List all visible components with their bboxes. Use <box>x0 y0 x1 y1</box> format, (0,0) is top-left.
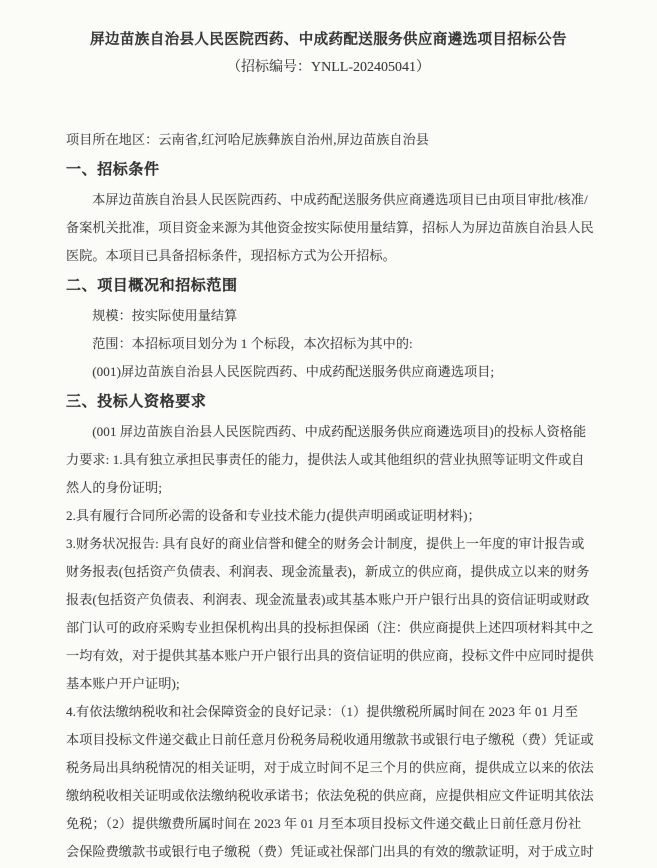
doc-line: 本项目投标文件递交截止日前任意月份税务局税收通用缴款书或银行电子缴税（费）凭证或 <box>66 726 591 754</box>
doc-line: (001 屏边苗族自治县人民医院西药、中成药配送服务供应商遴选项目)的投标人资格… <box>66 418 591 446</box>
doc-line: 基本账户开户证明); <box>66 670 591 698</box>
doc-line-requirement-2: 2.具有履行合同所必需的设备和专业技术能力(提供声明函或证明材料)； <box>66 502 591 530</box>
doc-line: 本屏边苗族自治县人民医院西药、中成药配送服务供应商遴选项目已由项目审批/核准/ <box>66 186 591 214</box>
doc-line: 报表(包括资产负债表、利润表、现金流量表)或其基本账户开户银行出具的资信证明或财… <box>66 586 591 614</box>
doc-line: 财务报表(包括资产负债表、利润表、现金流量表)，新成立的供应商，提供成立以来的财… <box>66 558 591 586</box>
doc-line: 医院。本项目已具备招标条件，现招标方式为公开招标。 <box>66 242 591 270</box>
doc-line-requirement-4: 4.有依法缴纳税收和社会保障资金的良好记录：（1）提供缴税所属时间在 2023 … <box>66 698 591 726</box>
tender-number-line: （招标编号：YNLL-202405041） <box>66 54 591 82</box>
doc-line: 然人的身份证明; <box>66 474 591 502</box>
doc-line: 力要求: 1.具有独立承担民事责任的能力，提供法人或其他组织的营业执照等证明文件… <box>66 446 591 474</box>
doc-line: 会保险费缴款书或银行电子缴税（费）凭证或社保部门出具的有效的缴款证明，对于成立时 <box>66 838 591 866</box>
heading-bidder-qualifications: 三、投标人资格要求 <box>66 388 591 416</box>
doc-line-requirement-3: 3.财务状况报告: 具有良好的商业信誉和健全的财务会计制度，提供上一年度的审计报… <box>66 530 591 558</box>
document-title: 屏边苗族自治县人民医院西药、中成药配送服务供应商遴选项目招标公告 <box>66 26 591 54</box>
doc-line: 一均有效，对于提供其基本账户开户银行出具的资信证明的供应商，投标文件中应同时提供 <box>66 642 591 670</box>
document-body: 项目所在地区：云南省,红河哈尼族彝族自治州,屏边苗族自治县 一、招标条件 本屏边… <box>66 126 591 866</box>
doc-line: 缴纳税收相关证明或依法缴纳税收承诺书；依法免税的供应商，应提供相应文件证明其依法 <box>66 782 591 810</box>
project-location-line: 项目所在地区：云南省,红河哈尼族彝族自治州,屏边苗族自治县 <box>66 126 591 154</box>
document-page: 屏边苗族自治县人民医院西药、中成药配送服务供应商遴选项目招标公告 （招标编号：Y… <box>0 0 657 868</box>
doc-line-scale: 规模：按实际使用量结算 <box>66 302 591 330</box>
doc-line-scope: 范围：本招标项目划分为 1 个标段，本次招标为其中的: <box>66 330 591 358</box>
doc-line-lot-001: (001)屏边苗族自治县人民医院西药、中成药配送服务供应商遴选项目; <box>66 358 591 386</box>
doc-line: 部门认可的政府采购专业担保机构出具的投标担保函（注：供应商提供上述四项材料其中之 <box>66 614 591 642</box>
heading-tender-conditions: 一、招标条件 <box>66 156 591 184</box>
heading-project-overview: 二、项目概况和招标范围 <box>66 272 591 300</box>
doc-line: 税务局出具纳税情况的相关证明，对于成立时间不足三个月的供应商，提供成立以来的依法 <box>66 754 591 782</box>
doc-line: 备案机关批准，项目资金来源为其他资金按实际使用量结算，招标人为屏边苗族自治县人民 <box>66 214 591 242</box>
doc-line: 免税；（2）提供缴费所属时间在 2023 年 01 月至本项目投标文件递交截止日… <box>66 810 591 838</box>
